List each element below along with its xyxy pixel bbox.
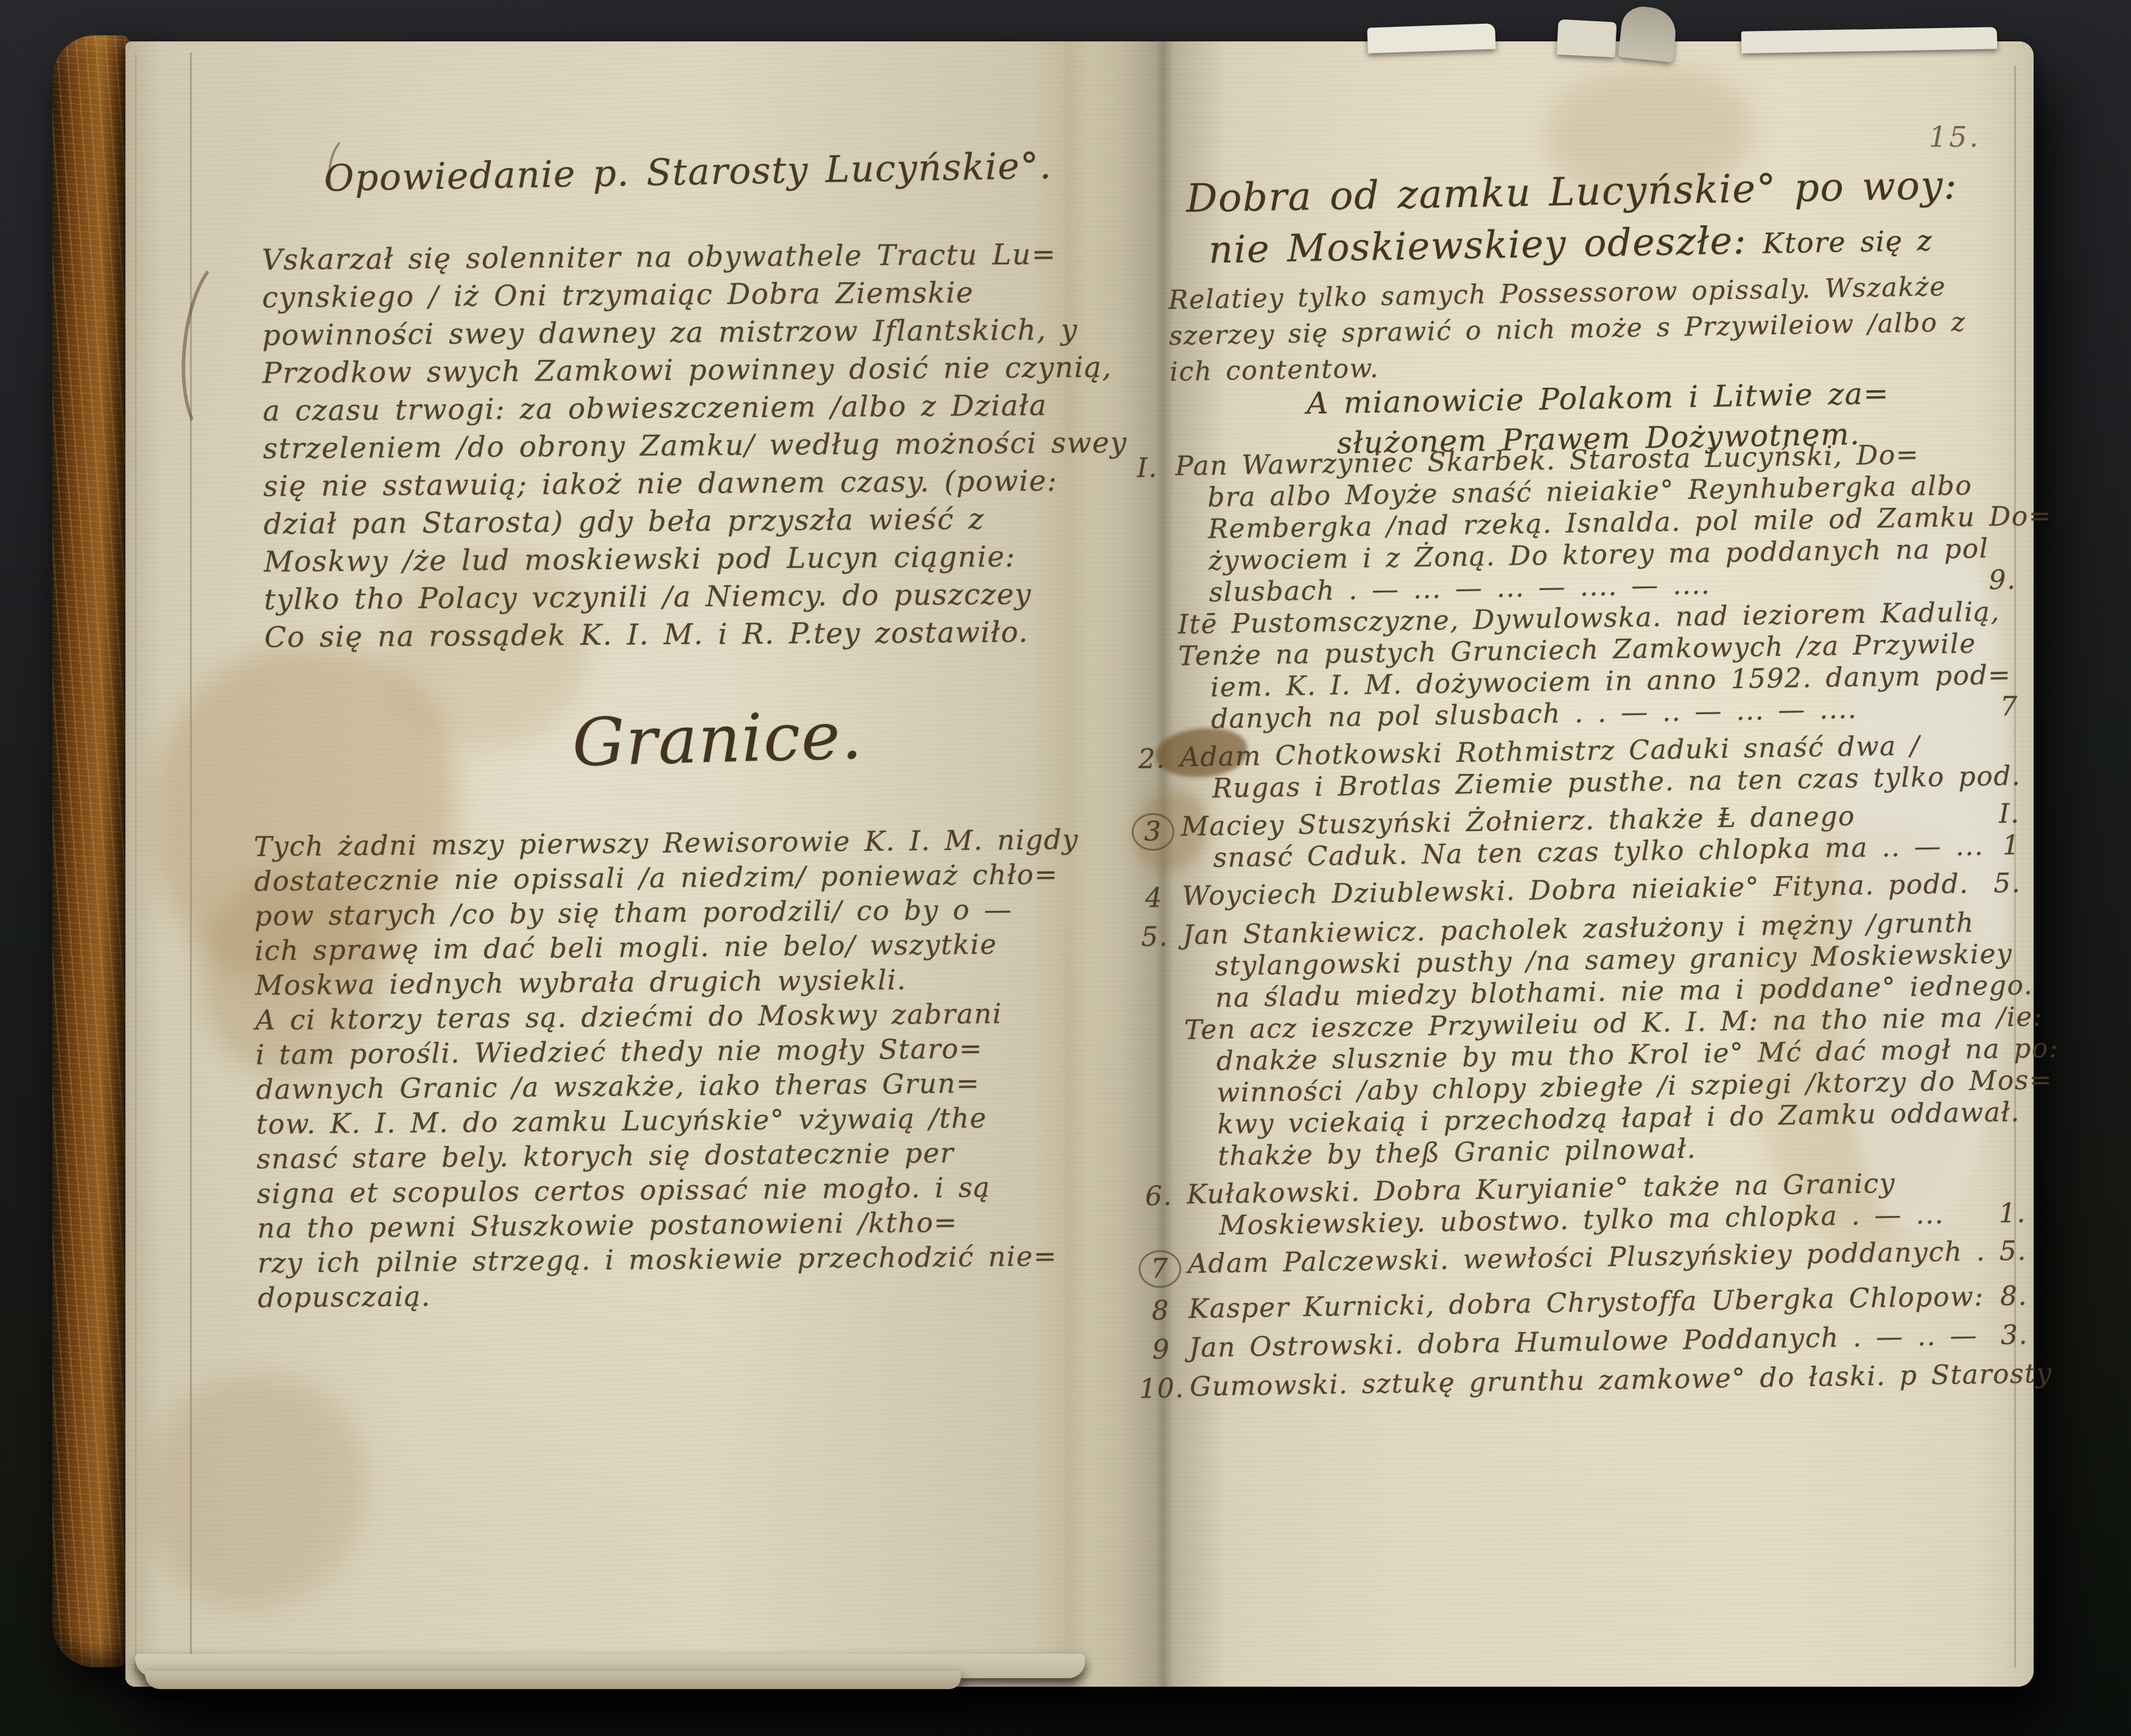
- line-count: [2059, 1033, 2071, 1064]
- item-number: 10.: [1134, 1371, 1190, 1405]
- manuscript-line: Gumowski. sztukę grunthu zamkowe° do łas…: [1190, 1358, 2029, 1404]
- torn-paper-tab: [1618, 5, 1678, 63]
- line-count: [2043, 1001, 2056, 1033]
- item-number: 5.: [1126, 919, 1187, 1173]
- line-count: [2009, 907, 2022, 938]
- list-item: 4 Woyciech Dziublewski. Dobra nieiakie° …: [1126, 868, 2021, 915]
- item-lines: Woyciech Dziublewski. Dobra nieiakie° Fi…: [1182, 868, 2021, 914]
- item-number: 9: [1133, 1332, 1190, 1366]
- line-count: [2052, 1358, 2065, 1390]
- line-count: 8.: [1988, 1281, 2028, 1313]
- list-item: I. Pan Wawrzyniec Skarbek. Starosta Lucy…: [1119, 438, 2018, 737]
- item-lines: Pan Wawrzyniec Skarbek. Starosta Lucyńsk…: [1175, 438, 2018, 736]
- item-lines: Kasper Kurnicki, dobra Chrystoffa Ubergk…: [1188, 1281, 2028, 1327]
- item-number: 6.: [1131, 1179, 1188, 1243]
- manuscript-line: tylko tho Polacy vczynili /a Niemcy. do …: [264, 575, 1074, 619]
- line-count: 5.: [1987, 1235, 2027, 1268]
- left-page-heading-granice: Granice.: [571, 698, 863, 781]
- item-number: 2.: [1124, 742, 1181, 806]
- item-lines: Jan Stankiewicz. pacholek zasłużony i mę…: [1182, 907, 2025, 1173]
- line-count: [2006, 729, 2019, 761]
- line-count: [2011, 659, 2024, 691]
- list-item: 5. Jan Stankiewicz. pacholek zasłużony i…: [1126, 907, 2025, 1174]
- manuscript-line: Moskwy /że lud moskiewski pod Lucyn ciąg…: [264, 538, 1073, 581]
- line-count: [2012, 938, 2025, 970]
- list-item: 8 Kasper Kurnicki, dobra Chrystoffa Uber…: [1132, 1281, 2028, 1327]
- line-count: [2021, 760, 2034, 792]
- manuscript-line: dopusczaią.: [258, 1273, 1076, 1315]
- item-lines: Adam Palczewski. wewłości Pluszyńskiey p…: [1188, 1235, 2027, 1288]
- left-page-paragraph-2: Tych żadni mszy pierwszy Rewisorowie K. …: [254, 822, 1077, 1315]
- line-count: I.: [1987, 798, 2020, 831]
- manuscript-line: Jan Ostrowski. dobra Humulowe Poddanych …: [1189, 1320, 2029, 1365]
- line-count: 7: [1988, 691, 2018, 723]
- line-count: [2002, 438, 2015, 469]
- item-lines: Maciey Stuszyński Żołnierz. thakże Ⱡ dan…: [1181, 798, 2020, 875]
- manuscript-line: ich sprawę im dać beli mogli. nie belo/ …: [255, 926, 1073, 968]
- manuscript-line: cynskiego / iż Oni trzymaiąc Dobra Ziems…: [262, 273, 1072, 317]
- line-count: 1: [1990, 830, 2020, 862]
- list-item: 3 Maciey Stuszyński Żołnierz. thakże Ⱡ d…: [1125, 798, 2020, 876]
- line-count: [2052, 501, 2065, 532]
- manuscript-line: Przodkow swych Zamkowi powinney dosić ni…: [262, 349, 1072, 392]
- item-number: 3: [1125, 811, 1182, 875]
- item-number: 7: [1132, 1248, 1188, 1288]
- manuscript-line: a czasu trwogi: za obwieszczeniem /albo …: [262, 387, 1072, 430]
- page-stack-edge: [145, 1671, 961, 1689]
- leather-spine: [52, 35, 130, 1667]
- list-item: 9 Jan Ostrowski. dobra Humulowe Poddanyc…: [1133, 1320, 2029, 1366]
- manuscript-line: dział pan Starosta) gdy beła przyszła wi…: [264, 500, 1073, 543]
- manuscript-line: Kasper Kurnicki, dobra Chrystoffa Ubergk…: [1188, 1281, 2028, 1326]
- item-lines: Jan Ostrowski. dobra Humulowe Poddanych …: [1189, 1320, 2029, 1366]
- page-number: 15.: [1929, 121, 1981, 153]
- line-count: [2005, 628, 2018, 659]
- item-lines: Kułakowski. Dobra Kuryianie° także na Gr…: [1187, 1166, 2026, 1243]
- manuscript-line: rzy ich pilnie strzegą. i moskiewie prze…: [258, 1239, 1076, 1281]
- manuscript-line: się nie sstawuią; iakoż nie dawnem czasy…: [263, 462, 1073, 505]
- title-line2-annotation: Ktore się z: [1763, 224, 1933, 260]
- list-item: 2. Adam Chotkowski Rothmistrz Caduki sna…: [1124, 729, 2020, 806]
- line-count: 1.: [1986, 1198, 2026, 1230]
- right-page-intro: Relatiey tylko samych Possessorow opissa…: [1168, 268, 2023, 390]
- list-item: 10. Gumowski. sztukę grunthu zamkowe° do…: [1134, 1358, 2029, 1405]
- item-number: 4: [1126, 880, 1182, 914]
- line-count: [2013, 1166, 2026, 1198]
- line-text: Adam Palczewski. wewłości Pluszyńskiey p…: [1188, 1236, 1986, 1281]
- line-text: Kasper Kurnicki, dobra Chrystoffa Ubergk…: [1188, 1281, 1984, 1326]
- item-number: I.: [1119, 451, 1179, 737]
- manuscript-line: Co się na rossądek K. I. M. i R. P.tey z…: [264, 613, 1074, 656]
- manuscript-line: Woyciech Dziublewski. Dobra nieiakie° Fi…: [1182, 868, 2021, 913]
- line-text: Gumowski. sztukę grunthu zamkowe° do łas…: [1190, 1358, 2052, 1403]
- line-count: 5.: [1981, 868, 2021, 900]
- left-page-paragraph-1: Vskarzał się solenniter na obywathele Tr…: [262, 236, 1075, 656]
- line-text: Woyciech Dziublewski. Dobra nieiakie° Fi…: [1182, 868, 1969, 912]
- circled-number: 7: [1139, 1250, 1182, 1288]
- item-lines: Adam Chotkowski Rothmistrz Caduki snaść …: [1179, 729, 2019, 806]
- manuscript-line: Adam Palczewski. wewłości Pluszyńskiey p…: [1188, 1235, 2027, 1281]
- line-count: 3.: [1989, 1320, 2029, 1352]
- line-count: [2004, 596, 2017, 628]
- list-item: 6. Kułakowski. Dobra Kuryianie° także na…: [1131, 1166, 2026, 1243]
- line-text: thakże by theß Granic pilnował.: [1218, 1133, 1697, 1172]
- possessor-list: I. Pan Wawrzyniec Skarbek. Starosta Lucy…: [1119, 438, 2029, 1411]
- manuscript-line: powinności swey dawney za mistrzow Iflan…: [262, 311, 1072, 354]
- list-item: 7 Adam Palczewski. wewłości Pluszyńskiey…: [1132, 1235, 2027, 1288]
- torn-paper-tab: [1557, 19, 1617, 58]
- torn-paper-tab: [1367, 23, 1495, 53]
- title-line2-main: nie Moskiewskiey odeszłe:: [1208, 218, 1747, 272]
- item-number: 8: [1132, 1293, 1189, 1327]
- line-count: 9.: [1976, 564, 2017, 597]
- line-count: [2033, 969, 2046, 1001]
- manuscript-line: strzeleniem /do obrony Zamku/ według moż…: [263, 424, 1073, 468]
- under-leaf-edge: [135, 54, 136, 1673]
- line-text: Jan Ostrowski. dobra Humulowe Poddanych …: [1189, 1320, 1978, 1364]
- line-count: [2052, 1064, 2065, 1096]
- line-count: [2003, 469, 2015, 501]
- manuscript-photo: 15. Opowiedanie p. Starosty Lucyńskie°. …: [0, 0, 2131, 1736]
- circled-number: 3: [1131, 813, 1174, 851]
- manuscript-line: Vskarzał się solenniter na obywathele Tr…: [262, 236, 1072, 279]
- torn-paper-tab: [1741, 27, 1998, 53]
- item-lines: Gumowski. sztukę grunthu zamkowe° do łas…: [1190, 1358, 2029, 1405]
- line-count: [2003, 533, 2016, 564]
- line-count: [2020, 1097, 2032, 1128]
- line-count: [2013, 1128, 2026, 1160]
